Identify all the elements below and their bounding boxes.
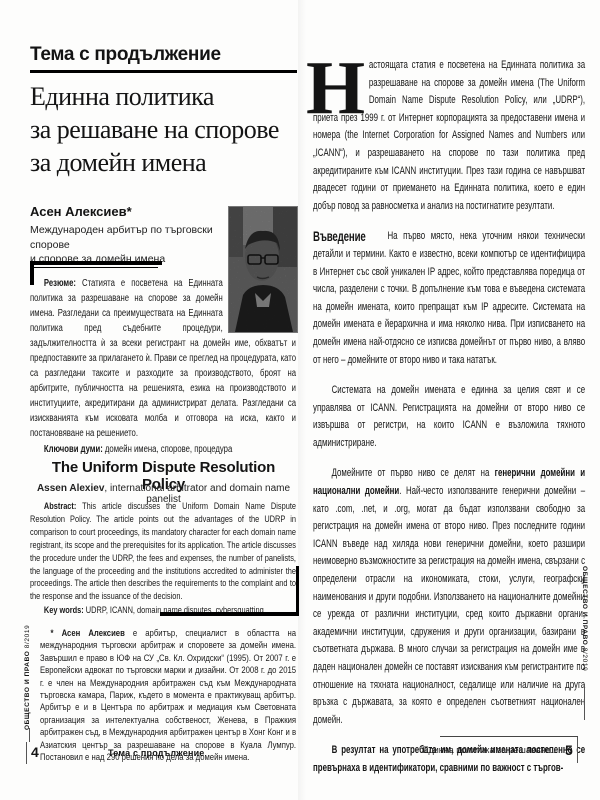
keywords-label: Ключови думи: [44, 444, 103, 455]
keywords-text: домейн имена, спорове, процедура [103, 444, 232, 455]
journal-issue: 8/2019 [24, 625, 31, 648]
left-running-footer: Тема с продължение [108, 748, 205, 758]
body-paragraph-2: ВъведениеНа първо място, нека уточним ня… [313, 228, 585, 369]
body-paragraph-1: астоящата статия е посветена на Единната… [313, 57, 585, 215]
journal-label-left-rule [29, 728, 30, 742]
section-kicker: Тема с продължение [30, 44, 297, 66]
english-keywords-label: Key words: [44, 605, 84, 616]
journal-label-left: ОБЩЕСТВО И ПРАВО 8/2019 [24, 622, 31, 730]
body-paragraph-4: Домейните от първо ниво се делят на гене… [313, 465, 585, 729]
journal-name-right: ОБЩЕСТВО И ПРАВО [581, 566, 588, 645]
section-heading-introduction: Въведение [313, 228, 387, 246]
body-paragraph-4-lead: Домейните от първо ниво се делят на [332, 467, 495, 479]
journal-label-right: ОБЩЕСТВО И ПРАВО 8/2019 [581, 566, 588, 678]
journal-name: ОБЩЕСТВО И ПРАВО [24, 651, 31, 730]
left-page-number: 4 [31, 744, 39, 760]
english-author-name: Assen Alexiev [37, 483, 104, 494]
journal-issue-right: 8/2019 [581, 648, 588, 671]
body-paragraph-3: Системата на домейн имената е единна за … [313, 382, 585, 452]
author-footnote: * Асен Алексиев е арбитър, специалист в … [40, 627, 296, 763]
body-paragraph-2-text: На първо място, нека уточним някои техни… [313, 230, 585, 365]
right-page-number: 5 [565, 742, 573, 758]
footnote-author-name: * Асен Алексиев [51, 628, 125, 638]
english-abstract-label: Abstract: [44, 501, 76, 512]
article-title: Единна политика за решаване на спорове з… [30, 80, 302, 179]
magazine-spread: { "journal": { "name": "ОБЩЕСТВО И ПРАВО… [0, 0, 600, 800]
article-body-column: астоящата статия е посветена на Единната… [313, 57, 585, 791]
left-page-number-tick [26, 742, 27, 764]
body-paragraph-4-rest: . Най-често използваните генерични домей… [313, 485, 585, 726]
kicker-underline-rule [30, 70, 297, 73]
right-footer-rule [440, 736, 578, 737]
body-paragraph-3-text: Системата на домейн имената е единна за … [313, 384, 585, 449]
abstract-bulgarian: Резюме: Статията е посветена на Единната… [30, 276, 296, 457]
author-name: Асен Алексиев* [30, 204, 132, 219]
footnote-paragraph: * Асен Алексиев е арбитър, специалист в … [40, 627, 296, 763]
author-role: Международен арбитър по търговски споров… [30, 223, 226, 267]
footnote-text: е арбитър, специалист в областта на межд… [40, 628, 296, 762]
journal-label-right-rule [584, 684, 585, 720]
abstract-bottom-rule [160, 566, 299, 616]
keywords-bulgarian: Ключови думи: домейн имена, спорове, про… [30, 442, 296, 457]
photo-wrap-spacer [223, 276, 296, 332]
abstract-label: Резюме: [44, 278, 76, 289]
right-running-footer: Единна политика за решаване... [383, 745, 558, 755]
drop-cap-spacer [313, 57, 369, 93]
right-page-number-tick [577, 737, 578, 763]
